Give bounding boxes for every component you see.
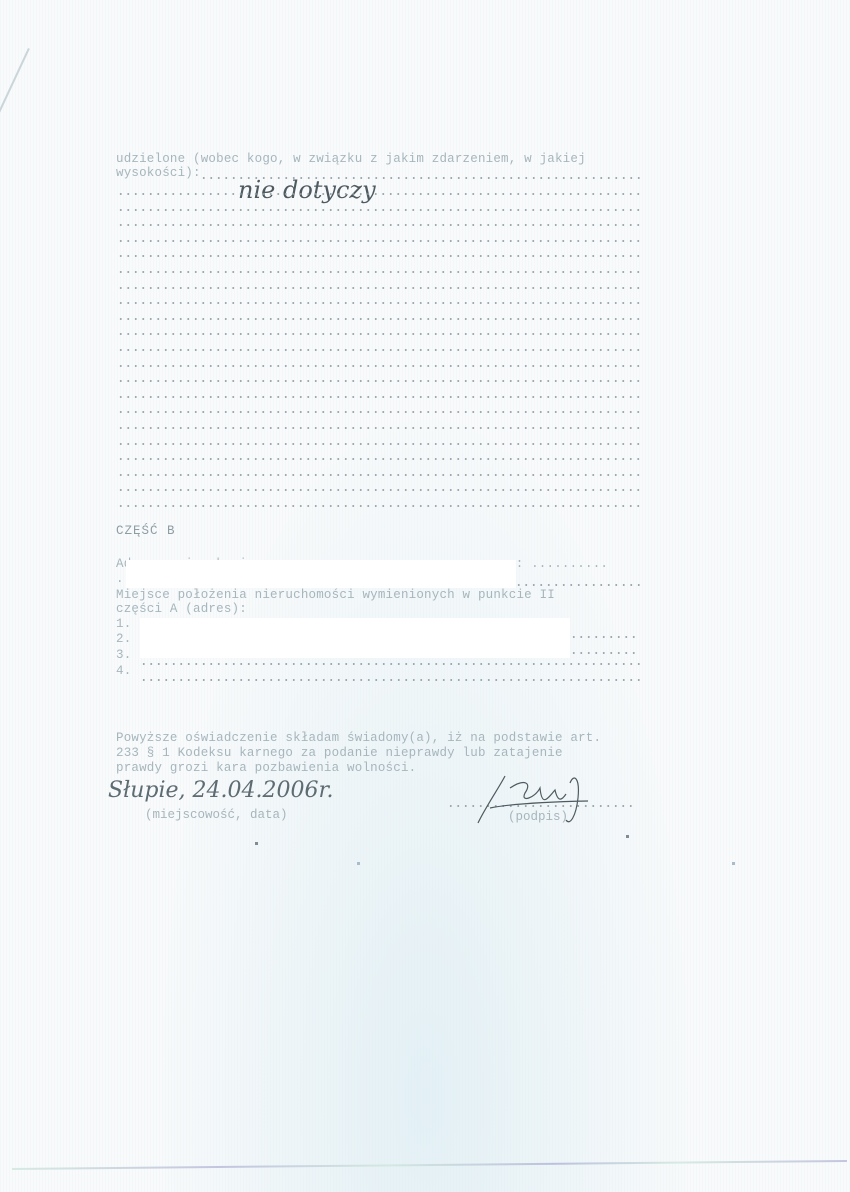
- dotted-line: [117, 193, 644, 195]
- signature-caption: (podpis): [508, 810, 568, 824]
- dotted-line: [117, 302, 644, 304]
- property-item-4-number: 4.: [116, 664, 131, 678]
- dotted-line: [117, 380, 644, 382]
- dotted-line: [117, 349, 644, 351]
- scan-speck: [732, 862, 735, 865]
- property-item-3-dots: [140, 663, 640, 665]
- dotted-line: [117, 458, 644, 460]
- property-location-line-1: Miejsce położenia nieruchomości wymienio…: [116, 588, 555, 602]
- section-b-title: CZĘŚĆ B: [116, 524, 176, 538]
- dotted-line: [117, 209, 644, 211]
- dotted-line: [117, 396, 644, 398]
- property-item-2-dots: [570, 636, 640, 638]
- place-date-caption: (miejscowość, data): [145, 808, 288, 822]
- stray-pen-mark: [0, 48, 30, 135]
- intro-line-2: wysokości):: [116, 166, 208, 180]
- redacted-property-addresses: [140, 618, 570, 658]
- dotted-line: [117, 365, 644, 367]
- scan-speck: [626, 835, 629, 838]
- intro-line-1: udzielone (wobec kogo, w związku z jakim…: [116, 152, 586, 166]
- dotted-line: [117, 474, 644, 476]
- dotted-line: [117, 318, 644, 320]
- declaration-line-3: prawdy grozi kara pozbawienia wolności.: [116, 761, 416, 775]
- property-item-1-number: 1.: [116, 617, 131, 631]
- dotted-line: [117, 411, 644, 413]
- property-item-2-number: 2.: [116, 632, 131, 646]
- dotted-line: [117, 255, 644, 257]
- dotted-line: [117, 271, 644, 273]
- address-line-2-prefix: .: [116, 572, 124, 586]
- scan-speck: [255, 842, 258, 845]
- dotted-line: [117, 240, 644, 242]
- property-item-3-number: 3.: [116, 648, 131, 662]
- dotted-line: [117, 427, 644, 429]
- dotted-line: [117, 489, 644, 491]
- dotted-line: [117, 443, 644, 445]
- address-dots: [515, 584, 643, 586]
- property-item-3-dots-end: [570, 652, 640, 654]
- redacted-address: [126, 560, 516, 588]
- dotted-line: [117, 333, 644, 335]
- handwritten-place-date: Słupie, 24.04.2006r.: [108, 778, 334, 803]
- property-item-4-dots: [140, 679, 640, 681]
- dotted-line: [117, 287, 644, 289]
- scan-speck: [357, 862, 360, 865]
- scan-edge-line: [12, 1160, 847, 1170]
- declaration-line-1: Powyższe oświadczenie składam świadomy(a…: [116, 731, 601, 745]
- declaration-line-2: 233 § 1 Kodeksu karnego za podanie niepr…: [116, 746, 563, 760]
- scanned-page: udzielone (wobec kogo, w związku z jakim…: [0, 0, 850, 1192]
- address-end-fragment: e: ..........: [508, 557, 608, 571]
- dotted-line: [117, 224, 644, 226]
- property-location-line-2: części A (adres):: [116, 602, 247, 616]
- handwritten-answer: nie dotyczy: [238, 176, 376, 204]
- dotted-line: [200, 177, 645, 179]
- dotted-line: [117, 505, 644, 507]
